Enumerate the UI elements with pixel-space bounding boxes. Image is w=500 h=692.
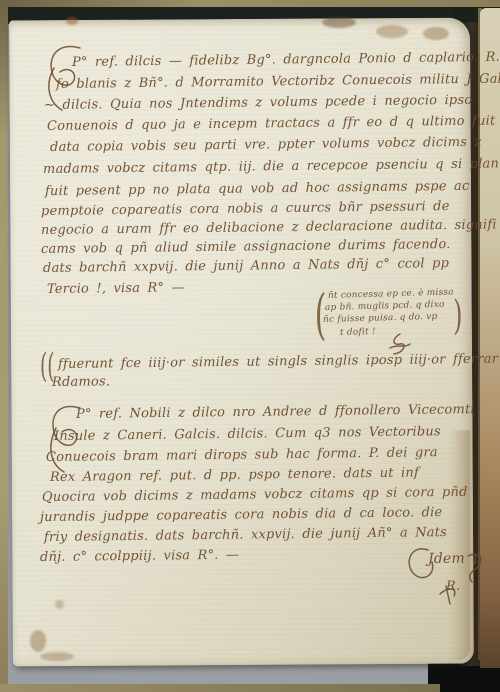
registration-mark: R. [446,580,460,593]
photo-frame-bottom [0,684,440,692]
margin-note-line: t dofit ! [340,328,376,338]
photo-frame-left [0,0,8,692]
stain [66,17,78,25]
manuscript-line: Rdamos. [52,375,110,389]
signature-text: Jdem p [428,551,482,566]
stain [423,27,449,40]
manuscript-line: dñj. c° ccolppiij. visa R°. — [40,549,239,564]
stain [376,25,408,38]
stain [55,600,64,609]
signature-flourish [402,536,494,608]
stain [30,630,46,652]
stain [322,17,356,28]
margin-bracket-close: ) [453,293,462,339]
manuscript-line: Tercio !, visa R° — [47,281,185,296]
manuscript-photo: P° ref. dilcis — fidelibz Bg°. dargncola… [0,0,500,692]
photo-frame-top [0,0,500,7]
stain [40,652,74,661]
